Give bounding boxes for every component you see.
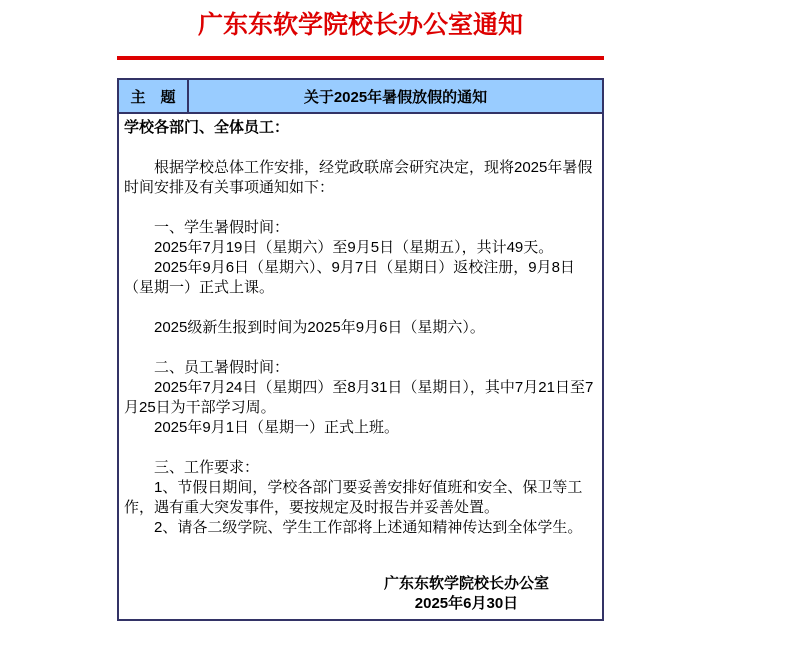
signature-date: 2025年6月30日 (384, 594, 549, 614)
notice-paragraph: 2025级新生报到时间为2025年9月6日（星期六）。 (124, 318, 597, 338)
notice-paragraph: 一、学生暑假时间： (124, 218, 597, 238)
notice-page: 广东东软学院校长办公室通知 主 题 关于2025年暑假放假的通知 学校各部门、全… (0, 0, 798, 661)
notice-paragraph: 1、节假日期间，学校各部门要妥善安排好值班和安全、保卫等工作，遇有重大突发事件，… (124, 478, 597, 518)
title-divider (117, 56, 604, 60)
notice-paragraph: 二、员工暑假时间： (124, 358, 597, 378)
signature-name: 广东东软学院校长办公室 (384, 574, 549, 594)
subject-label: 主 题 (119, 80, 189, 112)
notice-paragraph: 2025年9月6日（星期六）、9月7日（星期日）返校注册，9月8日（星期一）正式… (124, 258, 597, 298)
notice-paragraph: 2、请各二级学院、学生工作部将上述通知精神传达到全体学生。 (124, 518, 597, 538)
notice-paragraph: 根据学校总体工作安排，经党政联席会研究决定，现将2025年暑假时间安排及有关事项… (124, 158, 597, 198)
subject-title: 关于2025年暑假放假的通知 (189, 80, 602, 112)
notice-paragraph: 2025年9月1日（星期一）正式上班。 (124, 418, 597, 438)
notice-paragraph: 2025年7月24日（星期四）至8月31日（星期日），其中7月21日至7月25日… (124, 378, 597, 418)
document-title: 广东东软学院校长办公室通知 (117, 0, 604, 40)
notice-table: 主 题 关于2025年暑假放假的通知 学校各部门、全体员工： 根据学校总体工作安… (117, 78, 604, 621)
notice-paragraph: 2025年7月19日（星期六）至9月5日（星期五），共计49天。 (124, 238, 597, 258)
salutation: 学校各部门、全体员工： (124, 118, 597, 138)
notice-paragraph: 三、工作要求： (124, 458, 597, 478)
signature-block: 广东东软学院校长办公室 2025年6月30日 (384, 574, 549, 614)
notice-content: 广东东软学院校长办公室通知 主 题 关于2025年暑假放假的通知 学校各部门、全… (117, 0, 604, 621)
notice-body: 学校各部门、全体员工： 根据学校总体工作安排，经党政联席会研究决定，现将2025… (119, 114, 602, 619)
subject-header-row: 主 题 关于2025年暑假放假的通知 (119, 80, 602, 114)
